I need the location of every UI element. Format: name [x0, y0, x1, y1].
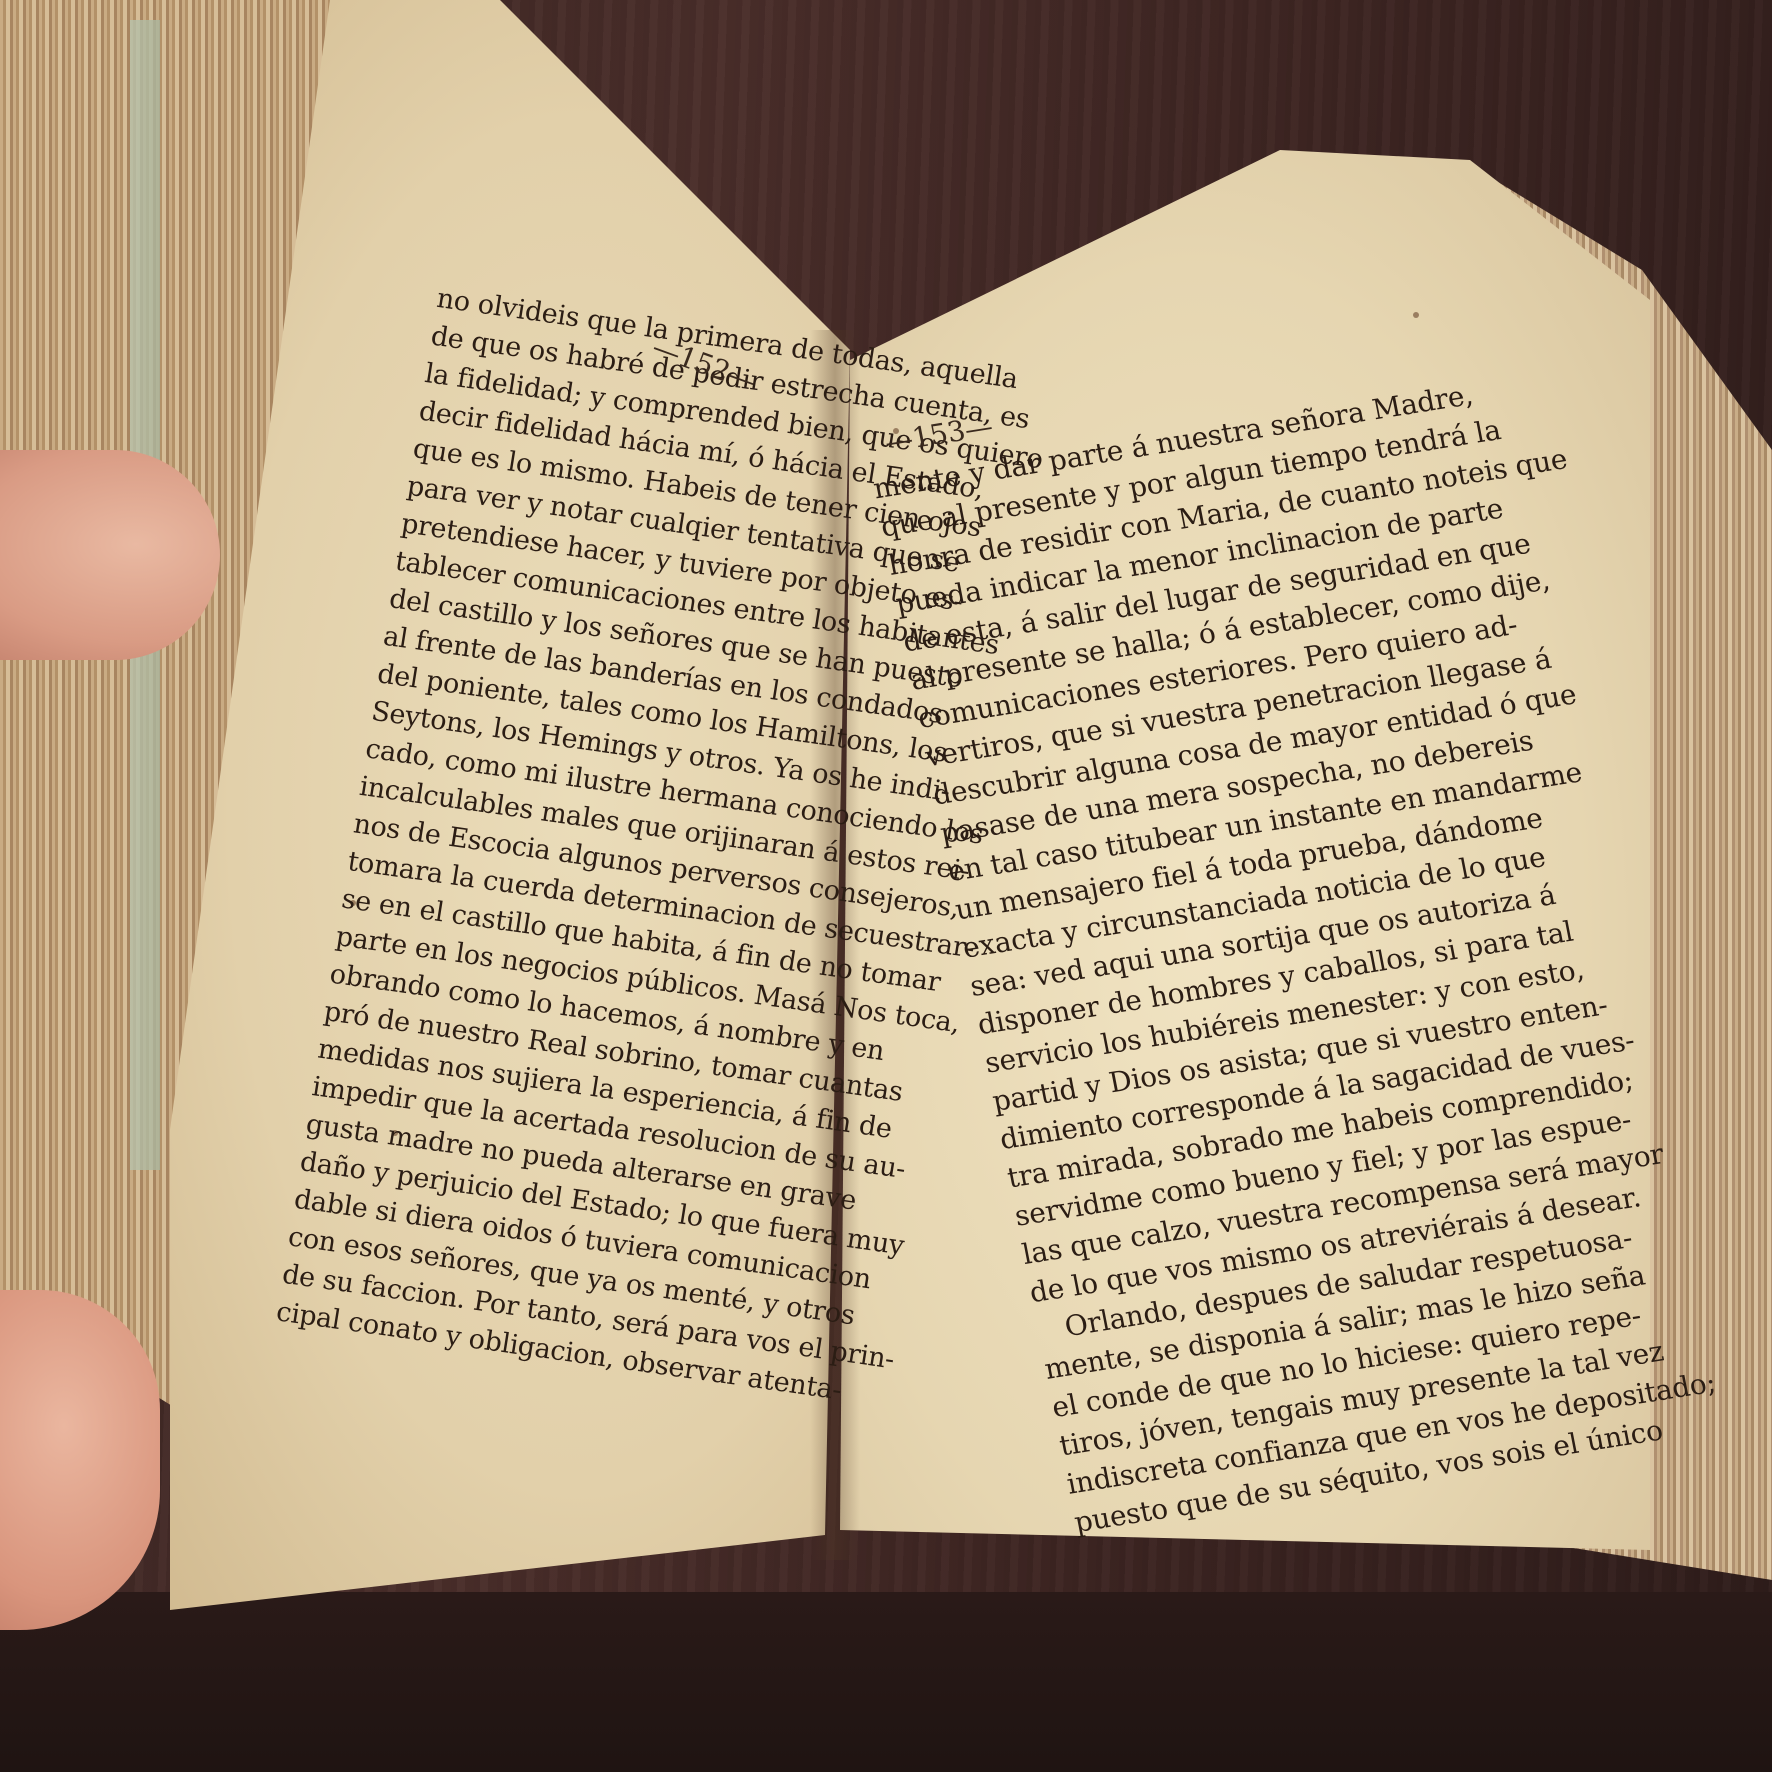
- holding-finger: [0, 450, 220, 660]
- table-edge-shadow: [0, 1592, 1772, 1772]
- foxing-spot: [1413, 312, 1419, 318]
